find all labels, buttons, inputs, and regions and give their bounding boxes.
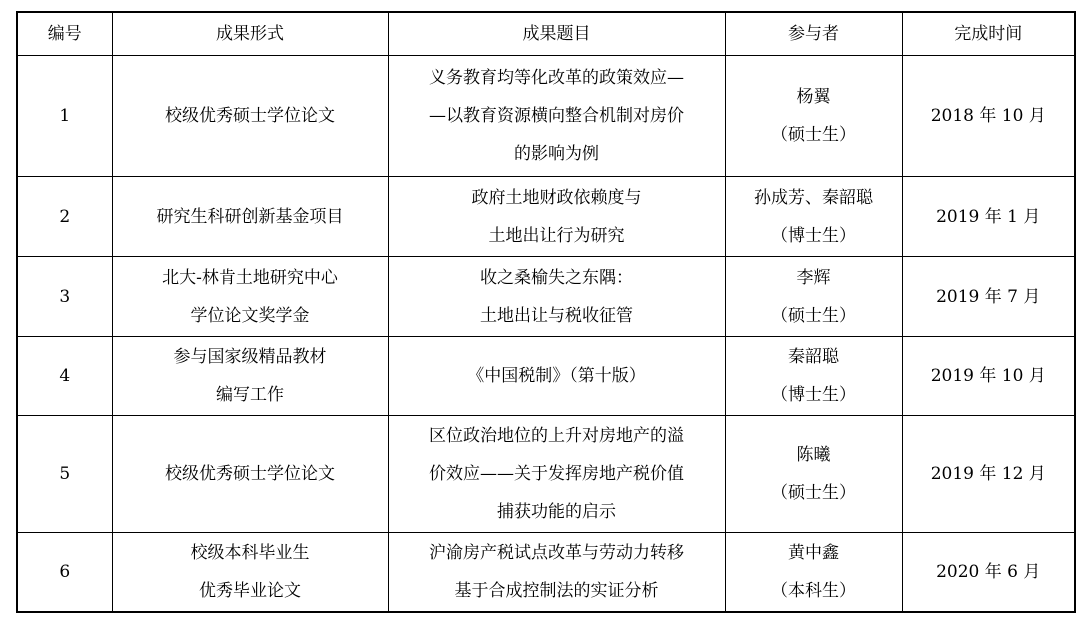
header-cell-form: 成果形式: [112, 12, 388, 56]
date-cell: 2020 年 6 月: [902, 533, 1075, 613]
participants-cell: 黄中鑫 （本科生）: [725, 533, 902, 613]
date-cell: 2018 年 10 月: [902, 56, 1075, 177]
form-cell: 参与国家级精品教材 编写工作: [112, 337, 388, 416]
table-row: 2 研究生科研创新基金项目 政府土地财政依赖度与 土地出让行为研究 孙成芳、秦韶…: [17, 177, 1075, 257]
form-cell: 研究生科研创新基金项目: [112, 177, 388, 257]
title-cell: 政府土地财政依赖度与 土地出让行为研究: [388, 177, 725, 257]
row-number-cell: 3: [17, 257, 112, 337]
table-row: 5 校级优秀硕士学位论文 区位政治地位的上升对房地产的溢 价效应——关于发挥房地…: [17, 416, 1075, 533]
form-cell: 校级本科毕业生 优秀毕业论文: [112, 533, 388, 613]
title-cell: 收之桑榆失之东隅： 土地出让与税收征管: [388, 257, 725, 337]
participants-cell: 陈曦 （硕士生）: [725, 416, 902, 533]
header-cell-participants: 参与者: [725, 12, 902, 56]
row-number-cell: 2: [17, 177, 112, 257]
header-cell-title: 成果题目: [388, 12, 725, 56]
date-cell: 2019 年 10 月: [902, 337, 1075, 416]
participants-cell: 孙成芳、秦韶聪 （博士生）: [725, 177, 902, 257]
form-cell: 校级优秀硕士学位论文: [112, 416, 388, 533]
table-row: 3 北大-林肯土地研究中心 学位论文奖学金 收之桑榆失之东隅： 土地出让与税收征…: [17, 257, 1075, 337]
participants-cell: 杨翼 （硕士生）: [725, 56, 902, 177]
row-number-cell: 4: [17, 337, 112, 416]
date-cell: 2019 年 1 月: [902, 177, 1075, 257]
participants-cell: 秦韶聪 （博士生）: [725, 337, 902, 416]
table-row: 4 参与国家级精品教材 编写工作 《中国税制》（第十版） 秦韶聪 （博士生） 2…: [17, 337, 1075, 416]
table-row: 6 校级本科毕业生 优秀毕业论文 沪渝房产税试点改革与劳动力转移 基于合成控制法…: [17, 533, 1075, 613]
title-cell: 沪渝房产税试点改革与劳动力转移 基于合成控制法的实证分析: [388, 533, 725, 613]
row-number-cell: 1: [17, 56, 112, 177]
header-row: 编号 成果形式 成果题目 参与者 完成时间: [17, 12, 1075, 56]
date-cell: 2019 年 12 月: [902, 416, 1075, 533]
header-cell-number: 编号: [17, 12, 112, 56]
title-cell: 义务教育均等化改革的政策效应— —以教育资源横向整合机制对房价 的影响为例: [388, 56, 725, 177]
achievements-table: 编号 成果形式 成果题目 参与者 完成时间 1 校级优秀硕士学位论文 义务教育均…: [16, 11, 1076, 613]
table-row: 1 校级优秀硕士学位论文 义务教育均等化改革的政策效应— —以教育资源横向整合机…: [17, 56, 1075, 177]
row-number-cell: 6: [17, 533, 112, 613]
document-page: 编号 成果形式 成果题目 参与者 完成时间 1 校级优秀硕士学位论文 义务教育均…: [0, 0, 1090, 619]
participants-cell: 李辉 （硕士生）: [725, 257, 902, 337]
title-cell: 区位政治地位的上升对房地产的溢 价效应——关于发挥房地产税价值 捕获功能的启示: [388, 416, 725, 533]
form-cell: 北大-林肯土地研究中心 学位论文奖学金: [112, 257, 388, 337]
form-cell: 校级优秀硕士学位论文: [112, 56, 388, 177]
row-number-cell: 5: [17, 416, 112, 533]
date-cell: 2019 年 7 月: [902, 257, 1075, 337]
header-cell-date: 完成时间: [902, 12, 1075, 56]
title-cell: 《中国税制》（第十版）: [388, 337, 725, 416]
